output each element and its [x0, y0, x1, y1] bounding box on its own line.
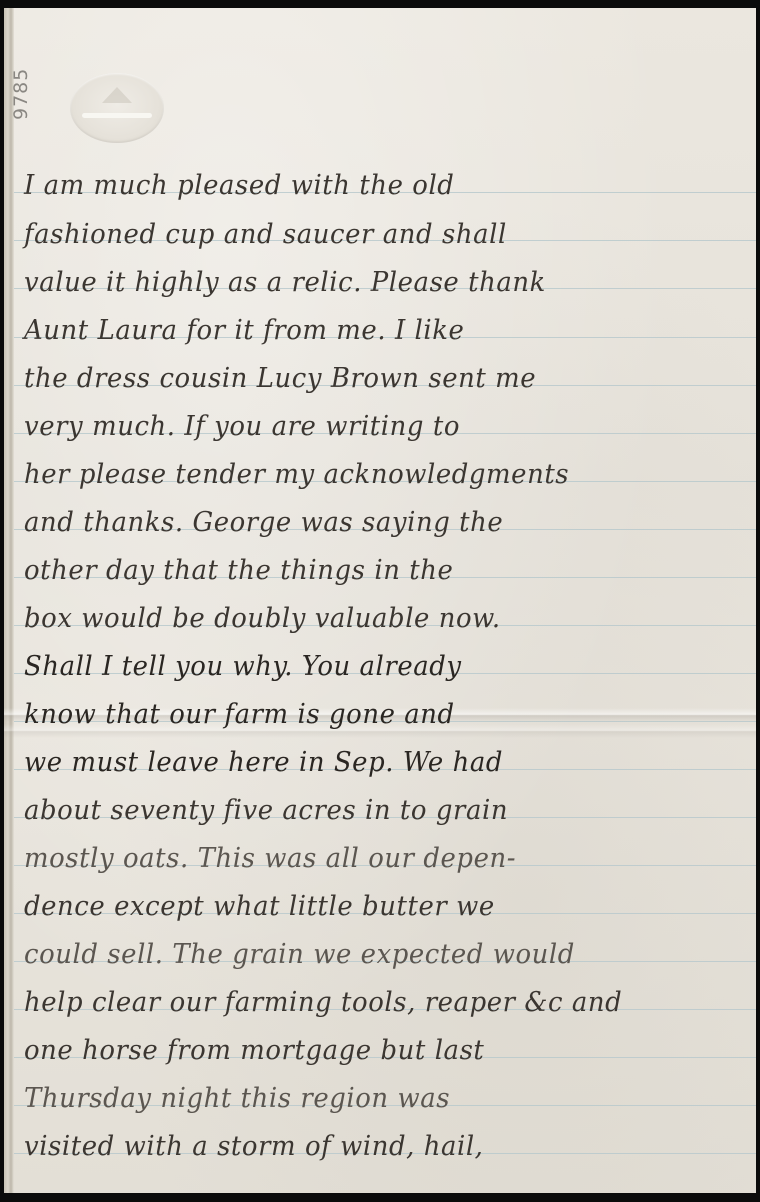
letter-line: and thanks. George was saying the — [24, 499, 724, 547]
letter-line: one horse from mortgage but last — [24, 1027, 724, 1075]
letter-line: help clear our farming tools, reaper &c … — [24, 979, 724, 1027]
letter-line: visited with a storm of wind, hail, — [24, 1123, 724, 1171]
letter-line: the dress cousin Lucy Brown sent me — [24, 355, 724, 403]
letter-line: her please tender my acknowledgments — [24, 451, 724, 499]
letter-line: other day that the things in the — [24, 547, 724, 595]
letter-line: mostly oats. This was all our depen- — [24, 835, 724, 883]
letter-line: could sell. The grain we expected would — [24, 931, 724, 979]
seal-band-shape — [82, 113, 152, 118]
letter-line: we must leave here in Sep. We had — [24, 739, 724, 787]
letter-line: dence except what little butter we — [24, 883, 724, 931]
letter-line: know that our farm is gone and — [24, 691, 724, 739]
letter-line: fashioned cup and saucer and shall — [24, 211, 724, 259]
scanned-letter-page: 9785 I am much pleased with the old fash… — [0, 0, 760, 1202]
letter-line: box would be doubly valuable now. — [24, 595, 724, 643]
letter-line: Aunt Laura for it from me. I like — [24, 307, 724, 355]
catalog-number: 9785 — [10, 68, 32, 120]
paper-sheet: 9785 I am much pleased with the old fash… — [4, 8, 756, 1193]
letter-line: very much. If you are writing to — [24, 403, 724, 451]
embossed-seal-icon — [70, 73, 164, 143]
letter-line: Thursday night this region was — [24, 1075, 724, 1123]
letter-line: Shall I tell you why. You already — [24, 643, 724, 691]
letter-line: about seventy five acres in to grain — [24, 787, 724, 835]
seal-peak-shape — [102, 87, 132, 103]
letter-line: value it highly as a relic. Please thank — [24, 259, 724, 307]
left-fold-edge — [4, 8, 14, 1193]
letter-line: I am much pleased with the old — [24, 162, 724, 210]
